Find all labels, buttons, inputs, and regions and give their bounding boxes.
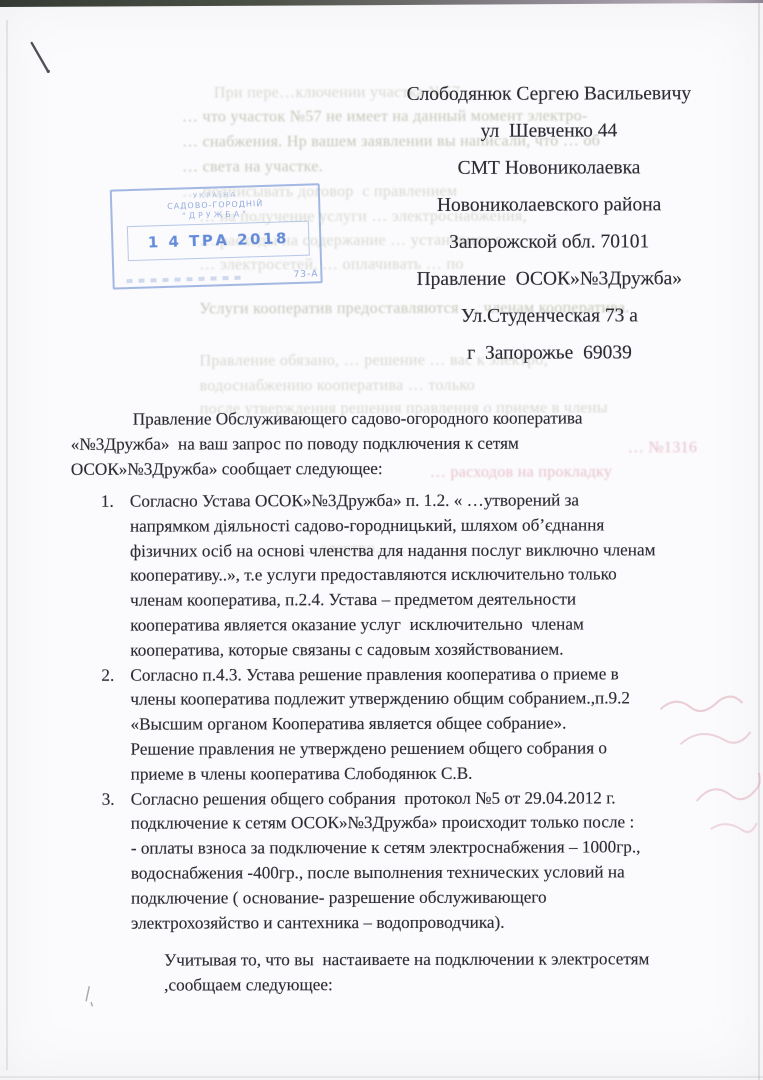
sender-street: Ул.Студенческая 73 а: [371, 297, 727, 335]
item-1-text: Согласно Устава ОСОК»№3Дружба» п. 1.2. «…: [130, 488, 701, 663]
recipient-street: ул Шевченко 44: [371, 112, 727, 150]
numbered-list: 1. Согласно Устава ОСОК»№3Дружба» п. 1.2…: [101, 488, 702, 936]
letter-content: При пере…ключении участка №57 … … что уч…: [0, 0, 763, 1080]
recipient-district: Новониколаевского района: [371, 186, 727, 224]
pen-mark: [25, 37, 59, 81]
bleedthrough-layer: При пере…ключении участка №57 … … что уч…: [0, 0, 762, 1]
closing-paragraph: Учитывая то, что вы настаиваете на подкл…: [164, 947, 724, 998]
ghost-line: … света на участке.: [182, 158, 323, 176]
stamp-date-box: 1 4 ТРА 2018: [127, 221, 310, 262]
item-2-text: Согласно п.4.3. Устава решение правления…: [130, 662, 701, 787]
sender-city-zip: г Запорожье 69039: [371, 334, 727, 372]
date-stamp: УКРАЇНА САДОВО-ГОРОДНІЙ "ДРУЖБА" 1 4 ТРА…: [110, 183, 323, 289]
list-item-3: 3. Согласно решения общего собрания прот…: [102, 786, 702, 936]
list-item-2: 2. Согласно п.4.3. Устава решение правле…: [101, 662, 701, 788]
recipient-region-zip: Запорожской обл. 70101: [371, 223, 727, 261]
sender-org: Правление ОСОК»№3Дружба»: [371, 260, 727, 298]
stamp-address-fragment: 73-А: [293, 269, 318, 280]
ghost-line: водоснабжению кооператива … только: [200, 377, 475, 396]
item-1-number: 1.: [101, 490, 130, 515]
item-3-number: 3.: [102, 787, 131, 812]
scanned-letter-page: При пере…ключении участка №57 … … что уч…: [0, 0, 763, 1080]
item-2-number: 2.: [101, 663, 130, 688]
intro-paragraph: Правление Обслуживающего садово-огородно…: [71, 406, 651, 482]
stamp-date: 1 4 ТРА 2018: [128, 229, 308, 252]
item-3-text: Согласно решения общего собрания протоко…: [131, 786, 702, 936]
recipient-town: СМТ Новониколаевка: [371, 149, 727, 187]
recipient-block: Слободянюк Сергею Васильевичу ул Шевченк…: [371, 75, 728, 372]
stray-pen-mark: [81, 983, 101, 1009]
list-item-1: 1. Согласно Устава ОСОК»№3Дружба» п. 1.2…: [101, 488, 701, 663]
recipient-name: Слободянюк Сергею Васильевичу: [371, 75, 727, 113]
